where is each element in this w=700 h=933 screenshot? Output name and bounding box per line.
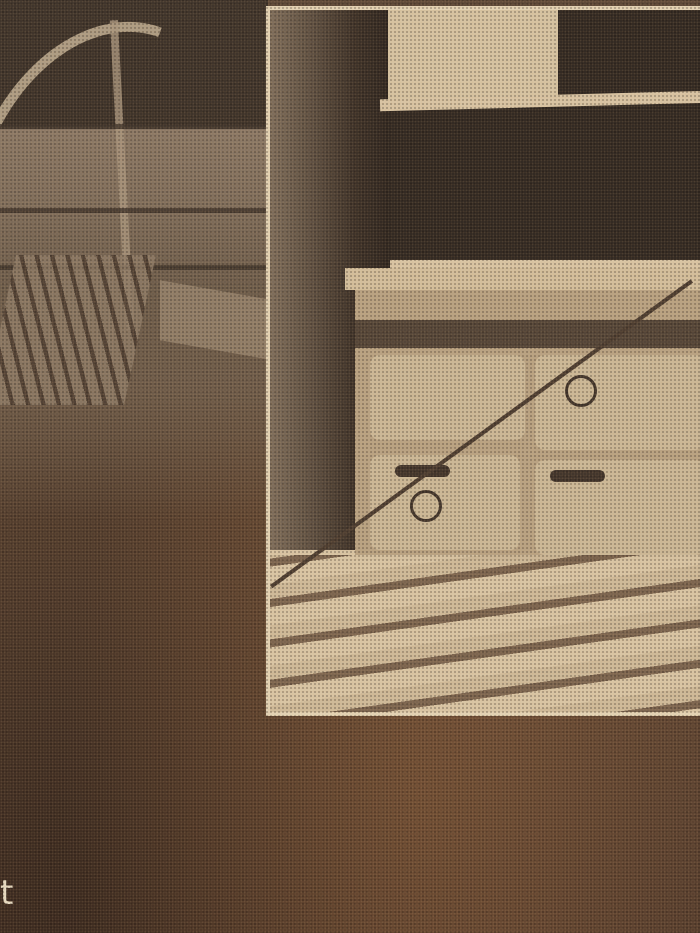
background-photo <box>0 0 268 520</box>
debris-pile <box>270 555 700 716</box>
debris-panel <box>160 280 268 359</box>
fence-rail <box>0 124 268 129</box>
stove-knob <box>565 375 597 407</box>
stove-door <box>370 355 525 440</box>
stove-door <box>535 355 700 450</box>
partial-caption: t <box>0 876 13 910</box>
stove-door <box>535 460 700 555</box>
stove-knob <box>410 490 442 522</box>
light-curtain <box>388 10 558 105</box>
stove-band <box>355 320 700 348</box>
broken-chair <box>0 255 156 405</box>
framed-photo <box>266 6 700 716</box>
stove-top <box>345 268 700 290</box>
exhibit-panel: t <box>0 0 700 933</box>
fence-rail <box>0 208 268 213</box>
stove-handle <box>550 470 605 482</box>
stove-door <box>370 455 520 550</box>
bent-pole <box>0 0 162 197</box>
